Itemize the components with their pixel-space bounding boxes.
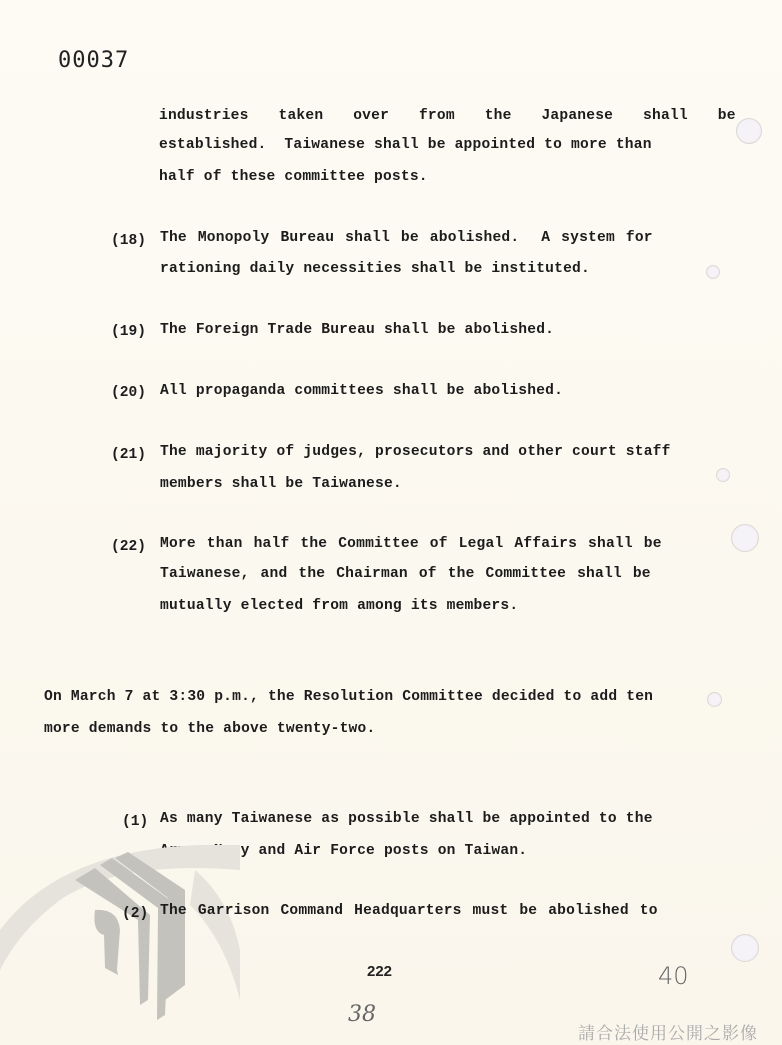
text-line: Taiwanese, and the Chairman of the Commi… <box>160 566 651 582</box>
text-line: members shall be Taiwanese. <box>160 476 402 492</box>
handwritten-mark: 40 <box>658 962 689 990</box>
punch-hole <box>736 118 762 144</box>
item-number: (1) <box>122 814 148 830</box>
text-line: mutually elected from among its members. <box>160 598 518 614</box>
text-line: The majority of judges, prosecutors and … <box>160 444 671 460</box>
text-line: The Garrison Command Headquarters must b… <box>160 903 658 919</box>
item-number: (22) <box>111 539 146 555</box>
document-number: 00037 <box>58 48 129 73</box>
text-line: The Monopoly Bureau shall be abolished. … <box>160 230 653 246</box>
archive-logo-watermark <box>0 840 240 1045</box>
item-number: (18) <box>111 233 146 249</box>
page-number: 222 <box>367 963 392 980</box>
text-line: established. Taiwanese shall be appointe… <box>159 137 652 153</box>
item-number: (21) <box>111 447 146 463</box>
text-line: All propaganda committees shall be aboli… <box>160 383 563 399</box>
text-line: On March 7 at 3:30 p.m., the Resolution … <box>44 689 653 705</box>
punch-hole <box>706 265 720 279</box>
text-line: half of these committee posts. <box>159 169 428 185</box>
item-number: (20) <box>111 385 146 401</box>
handwritten-mark: 38 <box>348 1002 376 1027</box>
text-line: Army, Navy and Air Force posts on Taiwan… <box>160 843 527 859</box>
text-line: more demands to the above twenty-two. <box>44 721 375 737</box>
item-number: (19) <box>111 324 146 340</box>
item-number: (2) <box>122 906 148 922</box>
text-line: More than half the Committee of Legal Af… <box>160 536 662 552</box>
text-line: As many Taiwanese as possible shall be a… <box>160 811 653 827</box>
text-line: The Foreign Trade Bureau shall be abolis… <box>160 322 554 338</box>
text-line: rationing daily necessities shall be ins… <box>160 261 590 277</box>
punch-hole <box>731 934 759 962</box>
punch-hole <box>707 692 722 707</box>
usage-watermark-text: 請合法使用公開之影像 <box>578 1019 758 1044</box>
punch-hole <box>716 468 730 482</box>
document-page: 00037 industries taken over from the Jap… <box>0 0 782 1045</box>
text-line: industries taken over from the Japanese … <box>159 108 736 124</box>
punch-hole <box>731 524 759 552</box>
